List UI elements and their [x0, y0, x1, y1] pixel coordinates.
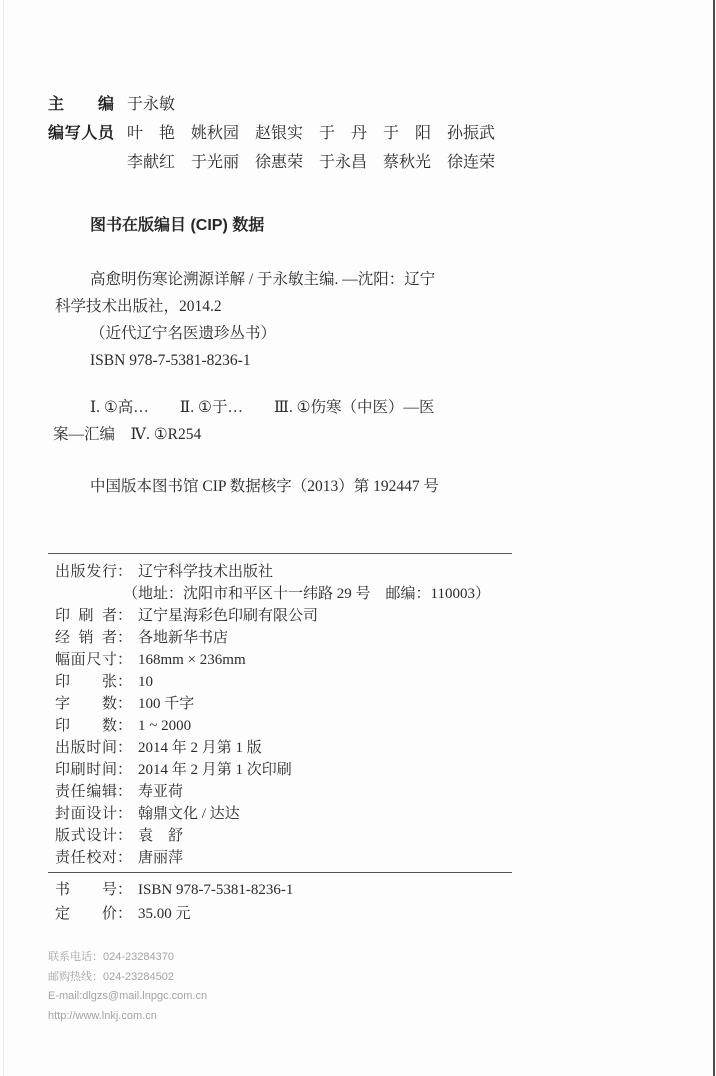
colophon-row-value: 1 ~ 2000: [138, 715, 191, 737]
staff-label: 编写人员: [48, 119, 114, 148]
colophon-row: 幅面尺寸 ： 168mm × 236mm: [55, 649, 490, 671]
colophon-row-colon: ：: [117, 781, 132, 803]
colophon-row-colon: ：: [117, 649, 132, 671]
book-copyright-page: 主编 于永敏 编写人员 叶 艳 姚秋园 赵银实 于 丹 于 阳 孙振武 李献红 …: [0, 0, 716, 1076]
book-info-row-colon: ：: [117, 903, 132, 927]
colophon-row-value: 辽宁星海彩色印刷有限公司: [138, 605, 318, 627]
book-info-row: 定价 ： 35.00 元: [55, 903, 293, 927]
colophon-row-label: 印刷时间: [55, 759, 117, 781]
cip-record-number: 中国版本图书馆 CIP 数据核字（2013）第 192447 号: [90, 474, 439, 496]
staff-row-2: 李献红 于光丽 徐惠荣 于永昌 蔡秋光 徐连荣: [48, 148, 495, 177]
chief-editor-name: 于永敏: [127, 90, 175, 119]
cip-series-note: （近代辽宁名医遗珍丛书）: [90, 320, 435, 347]
colophon-row-label: 封面设计: [55, 803, 117, 825]
cip-class-line1: Ⅰ. ①高… Ⅱ. ①于… Ⅲ. ①伤寒（中医）—医: [53, 394, 435, 421]
book-info-row: 书号 ： ISBN 978-7-5381-8236-1: [55, 879, 293, 903]
colophon-row: （地址：沈阳市和平区十一纬路 29 号 邮编：110003）: [55, 583, 490, 605]
colophon-row-value: 100 千字: [138, 693, 194, 715]
editors-block: 主编 于永敏 编写人员 叶 艳 姚秋园 赵银实 于 丹 于 阳 孙振武 李献红 …: [48, 90, 495, 177]
colophon-row-value: 袁 舒: [138, 825, 183, 847]
colophon-row-label: 印数: [55, 715, 117, 737]
colophon-row-colon: ：: [117, 671, 132, 693]
cip-class-line2: 案—汇编 Ⅳ. ①R254: [53, 421, 435, 448]
book-info-row-colon: ：: [117, 879, 132, 903]
colophon-row: 封面设计 ： 翰鼎文化 / 达达: [55, 803, 490, 825]
colophon-row-label: 出版时间: [55, 737, 117, 759]
colophon-row: 经销者 ： 各地新华书店: [55, 627, 490, 649]
book-info-row-label: 书号: [55, 879, 117, 903]
staff-label-spacer: [48, 148, 114, 177]
colophon-row: 责任校对 ： 唐丽萍: [55, 847, 490, 869]
scan-edge-right: [713, 0, 715, 1076]
colophon-row-colon: ：: [117, 737, 132, 759]
contact-line: http://www.lnkj.com.cn: [48, 1007, 207, 1027]
chief-editor-label: 主编: [48, 90, 114, 119]
colophon-row-colon: ：: [117, 759, 132, 781]
cip-entry-line2: 科学技术出版社，2014.2: [55, 293, 435, 320]
colophon-row-label: 印张: [55, 671, 117, 693]
colophon-row-label: [55, 583, 117, 605]
colophon-row-label: 幅面尺寸: [55, 649, 117, 671]
book-info-row-value: 35.00 元: [138, 903, 191, 927]
book-number-price-block: 书号 ： ISBN 978-7-5381-8236-1 定价 ： 35.00 元: [55, 879, 293, 926]
cip-classification-block: Ⅰ. ①高… Ⅱ. ①于… Ⅲ. ①伤寒（中医）—医 案—汇编 Ⅳ. ①R254: [53, 394, 435, 448]
colophon-row: 印刷时间 ： 2014 年 2 月第 1 次印刷: [55, 759, 490, 781]
chief-editor-row: 主编 于永敏: [48, 90, 495, 119]
colophon-row: 印刷者 ： 辽宁星海彩色印刷有限公司: [55, 605, 490, 627]
colophon-row-label: 出版发行: [55, 561, 117, 583]
colophon-row: 版式设计 ： 袁 舒: [55, 825, 490, 847]
colophon-row-value: 各地新华书店: [138, 627, 228, 649]
colophon-row: 责任编辑 ： 寿亚荷: [55, 781, 490, 803]
colophon-row-colon: ：: [117, 605, 132, 627]
divider-rule-bottom: [48, 872, 512, 873]
colophon-row-colon: ：: [117, 847, 132, 869]
cip-entry-line1: 高愈明伤寒论溯源详解 / 于永敏主编. —沈阳：辽宁: [55, 266, 435, 293]
colophon-row-colon: ：: [117, 803, 132, 825]
colophon-row-value: 唐丽萍: [138, 847, 183, 869]
colophon-row: 印张 ： 10: [55, 671, 490, 693]
book-info-row-value: ISBN 978-7-5381-8236-1: [138, 879, 293, 903]
colophon-row-value: 2014 年 2 月第 1 次印刷: [138, 759, 292, 781]
colophon-row-colon: ：: [117, 715, 132, 737]
staff-names-line2: 李献红 于光丽 徐惠荣 于永昌 蔡秋光 徐连荣: [127, 148, 495, 177]
colophon-row-label: 责任编辑: [55, 781, 117, 803]
cip-heading: 图书在版编目 (CIP) 数据: [90, 212, 264, 235]
colophon-row-colon: ：: [117, 627, 132, 649]
colophon-block: 出版发行 ： 辽宁科学技术出版社 （地址：沈阳市和平区十一纬路 29 号 邮编：…: [55, 561, 490, 869]
staff-row-1: 编写人员 叶 艳 姚秋园 赵银实 于 丹 于 阳 孙振武: [48, 119, 495, 148]
colophon-row: 印数 ： 1 ~ 2000: [55, 715, 490, 737]
colophon-row-value: 10: [138, 671, 153, 693]
cip-isbn: ISBN 978-7-5381-8236-1: [90, 347, 435, 374]
staff-names-line1: 叶 艳 姚秋园 赵银实 于 丹 于 阳 孙振武: [127, 119, 495, 148]
contact-line: 联系电话：024-23284370: [48, 948, 207, 968]
divider-rule-top: [48, 553, 512, 554]
colophon-row-value: 寿亚荷: [138, 781, 183, 803]
colophon-row-value: 168mm × 236mm: [138, 649, 246, 671]
colophon-row: 出版发行 ： 辽宁科学技术出版社: [55, 561, 490, 583]
colophon-row-colon: ：: [117, 693, 132, 715]
cip-entry-block: 高愈明伤寒论溯源详解 / 于永敏主编. —沈阳：辽宁 科学技术出版社，2014.…: [55, 266, 435, 374]
colophon-row-label: 版式设计: [55, 825, 117, 847]
colophon-row-value: 2014 年 2 月第 1 版: [138, 737, 262, 759]
colophon-row-label: 经销者: [55, 627, 117, 649]
colophon-row-label: 字数: [55, 693, 117, 715]
colophon-row: 出版时间 ： 2014 年 2 月第 1 版: [55, 737, 490, 759]
scan-edge-left: [3, 0, 4, 1076]
contact-line: E-mail:dlgzs@mail.lnpgc.com.cn: [48, 987, 207, 1007]
contact-block: 联系电话：024-23284370 邮购热线：024-23284502 E-ma…: [48, 948, 207, 1026]
colophon-row-value: 翰鼎文化 / 达达: [138, 803, 240, 825]
colophon-row-label: 责任校对: [55, 847, 117, 869]
colophon-row-colon: ：: [117, 825, 132, 847]
contact-line: 邮购热线：024-23284502: [48, 968, 207, 988]
colophon-row-value: （地址：沈阳市和平区十一纬路 29 号 邮编：110003）: [123, 583, 490, 605]
colophon-row: 字数 ： 100 千字: [55, 693, 490, 715]
colophon-row-label: 印刷者: [55, 605, 117, 627]
colophon-row-colon: ：: [117, 561, 132, 583]
colophon-row-value: 辽宁科学技术出版社: [138, 561, 273, 583]
book-info-row-label: 定价: [55, 903, 117, 927]
